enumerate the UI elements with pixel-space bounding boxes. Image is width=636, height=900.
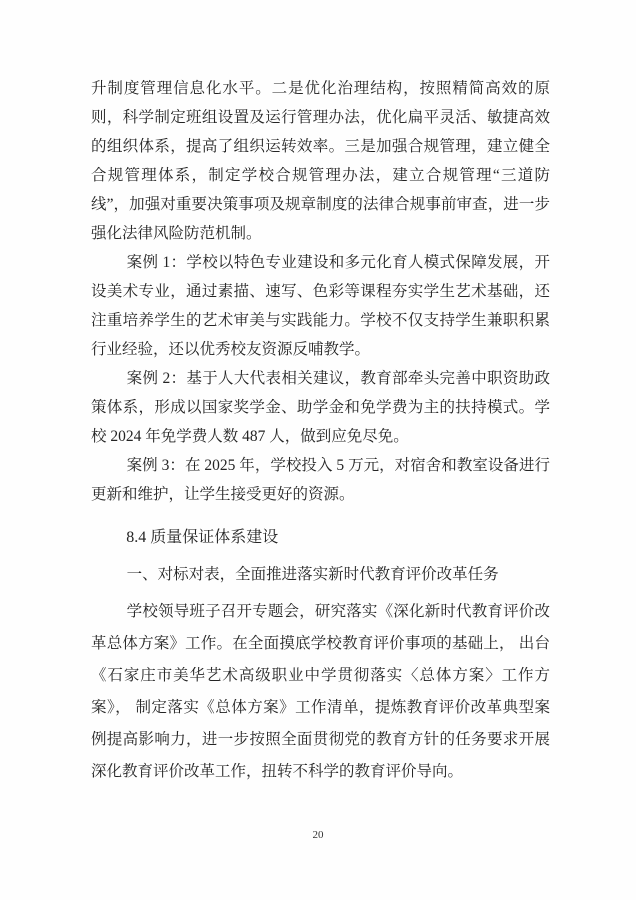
section-heading-8-4: 8.4 质量保证体系建设 — [91, 523, 550, 552]
document-page: 升制度管理信息化水平。二是优化治理结构，按照精简高效的原则，科学制定班组设置及运… — [0, 0, 636, 900]
paragraph-case-1: 案例 1：学校以特色专业建设和多元化育人模式保障发展，开设美术专业，通过素描、速… — [91, 248, 550, 364]
paragraph-governance-continuation: 升制度管理信息化水平。二是优化治理结构，按照精简高效的原则，科学制定班组设置及运… — [91, 74, 550, 248]
paragraph-evaluation-reform: 学校领导班子召开专题会，研究落实《深化新时代教育评价改革总体方案》工作。在全面摸… — [91, 596, 550, 788]
paragraph-case-3: 案例 3：在 2025 年，学校投入 5 万元，对宿舍和教室设备进行更新和维护，… — [91, 451, 550, 509]
page-number: 20 — [0, 829, 636, 841]
subsection-title: 一、对标对表，全面推进落实新时代教育评价改革任务 — [91, 560, 550, 589]
page-content: 升制度管理信息化水平。二是优化治理结构，按照精简高效的原则，科学制定班组设置及运… — [91, 74, 550, 788]
paragraph-case-2: 案例 2：基于人大代表相关建议，教育部牵头完善中职资助政策体系，形成以国家奖学金… — [91, 364, 550, 451]
